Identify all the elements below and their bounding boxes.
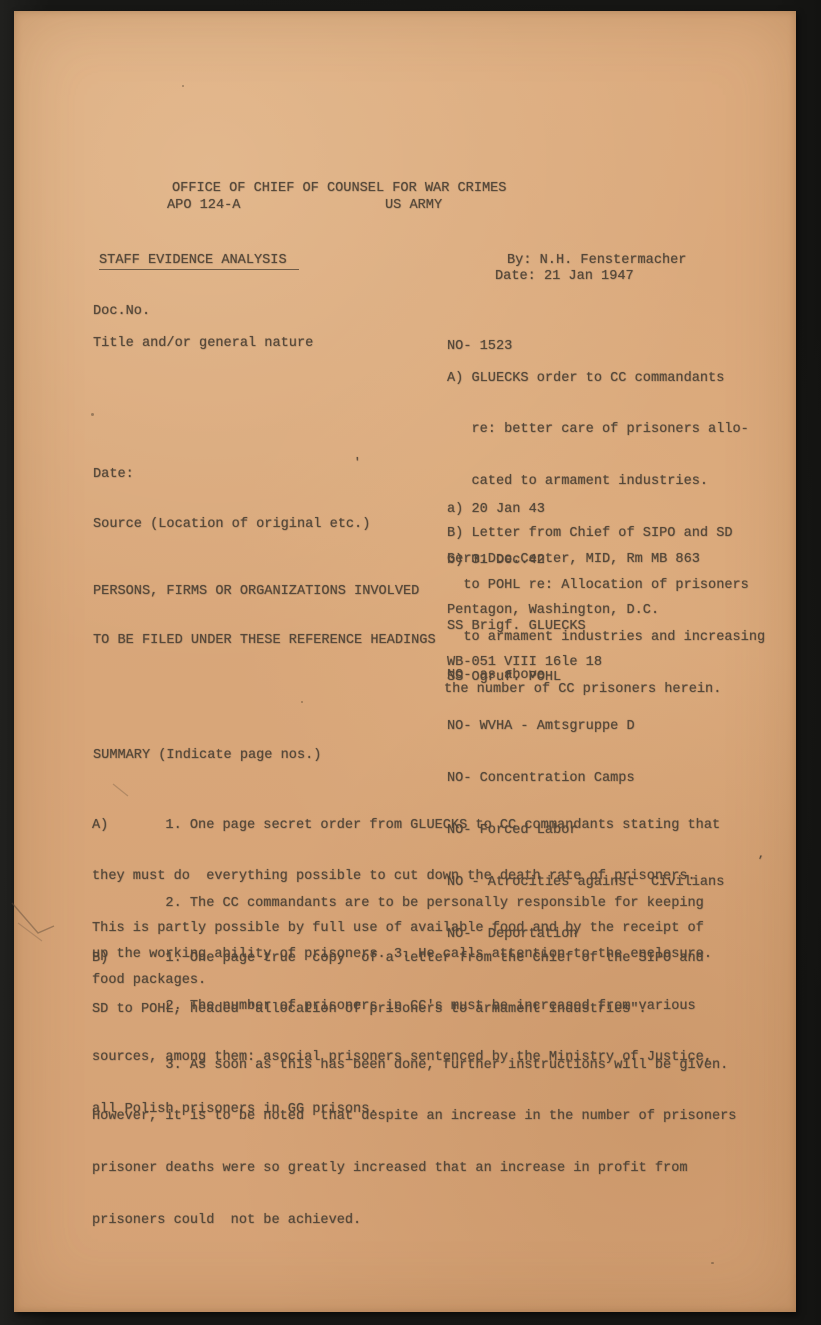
summary-line: 2. The number of prisoners in CC's must … bbox=[92, 998, 712, 1015]
form-title: STAFF EVIDENCE ANALYSIS bbox=[99, 252, 299, 269]
pencil-check-mark bbox=[8, 889, 78, 953]
stray-apostrophe-mark: ' bbox=[354, 455, 361, 472]
field-label: Title and/or general nature bbox=[93, 335, 313, 352]
stray-comma-mark: , bbox=[758, 847, 765, 864]
summary-line: 2. The CC commandants are to be personal… bbox=[92, 895, 712, 912]
paper-speck bbox=[301, 701, 303, 703]
field-value-line: NO- as above bbox=[447, 667, 724, 684]
document-page: OFFICE OF CHIEF OF COUNSEL FOR WAR CRIME… bbox=[14, 11, 796, 1312]
field-value-line: A) GLUECKS order to CC commandants bbox=[447, 370, 765, 387]
field-value-line: NO- WVHA - Amtsgruppe D bbox=[447, 718, 724, 735]
header-office-line: OFFICE OF CHIEF OF COUNSEL FOR WAR CRIME… bbox=[172, 180, 506, 197]
summary-line: A) 1. One page secret order from GLUECKS… bbox=[92, 817, 720, 834]
field-value-line: re: better care of prisoners allo- bbox=[447, 421, 765, 438]
field-value-line: Germ.Doc.Center, MID, Rm MB 863 bbox=[447, 551, 700, 568]
field-label: Source (Location of original etc.) bbox=[93, 516, 370, 533]
summary-line: prisoners could not be achieved. bbox=[92, 1212, 736, 1229]
field-label: TO BE FILED UNDER THESE REFERENCE HEADIN… bbox=[93, 632, 436, 649]
summary-line: 3. As soon as this has been done, furthe… bbox=[92, 1057, 736, 1074]
paper-speck bbox=[711, 1262, 714, 1264]
header-army-line: US ARMY bbox=[385, 197, 442, 214]
field-label: PERSONS, FIRMS OR ORGANIZATIONS INVOLVED bbox=[93, 583, 419, 600]
paper-speck bbox=[91, 413, 94, 416]
summary-line: prisoner deaths were so greatly increase… bbox=[92, 1160, 736, 1177]
form-title-text: STAFF EVIDENCE ANALYSIS bbox=[99, 253, 299, 270]
header-apo-line: APO 124-A bbox=[167, 197, 240, 214]
paper-speck bbox=[182, 85, 184, 87]
field-label: Doc.No. bbox=[93, 303, 150, 320]
summary-paragraph-b3: 3. As soon as this has been done, furthe… bbox=[92, 1022, 736, 1264]
date-line: Date: 21 Jan 1947 bbox=[495, 268, 634, 285]
byline: By: N.H. Fenstermacher bbox=[507, 252, 686, 269]
summary-line: However, it is to be noted that despite … bbox=[92, 1108, 736, 1125]
scan-background: OFFICE OF CHIEF OF COUNSEL FOR WAR CRIME… bbox=[0, 0, 821, 1325]
summary-heading: SUMMARY (Indicate page nos.) bbox=[93, 747, 321, 764]
field-label: Date: bbox=[93, 466, 134, 483]
